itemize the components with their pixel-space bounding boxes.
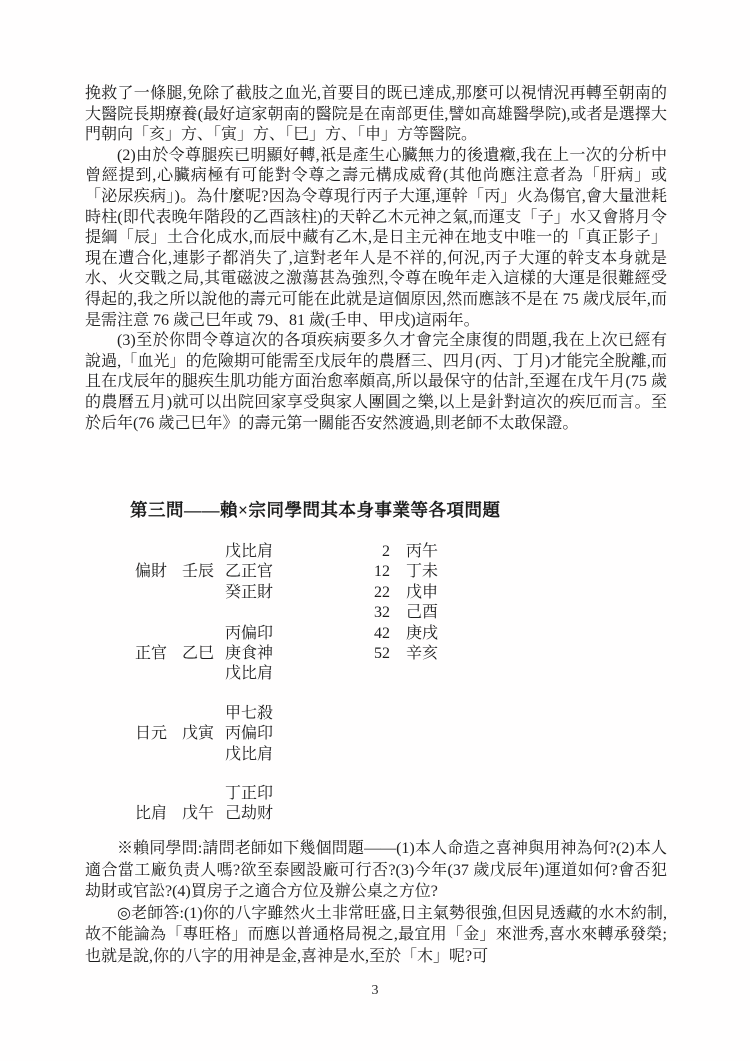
luck-start-age: 52 [307, 644, 390, 664]
ten-god-label: 日元 [135, 724, 182, 744]
bazi-chart-row: 丁正印 [85, 784, 438, 804]
pillar-ganzhi [182, 664, 225, 684]
hidden-stem-ten-god: 戊比肩 [225, 542, 307, 562]
luck-pillar-ganzhi: 丙午 [406, 542, 438, 562]
pillar-ganzhi [182, 542, 225, 562]
luck-start-age: 32 [307, 603, 390, 623]
luck-start-age: 42 [307, 624, 390, 644]
luck-start-age [307, 664, 390, 684]
body-paragraphs: 挽救了一條腿,免除了截肢之血光,首要目的既已達成,那麼可以視情況再轉至朝南的大醫… [85, 84, 667, 434]
section-heading: 第三問——賴×宗同學問其本身事業等各項問題 [130, 497, 500, 522]
ten-god-label [135, 664, 182, 684]
bazi-chart-row: 正官乙巳庚食神52辛亥 [85, 644, 438, 664]
hidden-stem-ten-god: 甲七殺 [225, 704, 307, 724]
luck-start-age: 12 [307, 562, 390, 582]
chart-row-spacer [85, 765, 438, 784]
paragraph: 挽救了一條腿,免除了截肢之血光,首要目的既已達成,那麼可以視情況再轉至朝南的大醫… [85, 84, 667, 146]
hidden-stem-ten-god: 己劫财 [225, 804, 307, 824]
ten-god-label [135, 784, 182, 804]
ten-god-label: 正官 [135, 644, 182, 664]
qa-paragraphs: ※賴同學問:請問老師如下幾個問題——(1)本人命造之喜神與用神為何?(2)本人適… [85, 838, 667, 968]
paragraph: (2)由於令尊腿疾已明顯好轉,祇是產生心臟無力的後遺癥,我在上一次的分析中曾經提… [85, 146, 667, 331]
luck-start-age [307, 784, 390, 804]
ten-god-label [135, 603, 182, 623]
pillar-ganzhi [182, 745, 225, 765]
hidden-stem-ten-god: 戊比肩 [225, 745, 307, 765]
bazi-chart-row: 偏財壬辰乙正官12丁未 [85, 562, 438, 582]
ten-god-label [135, 745, 182, 765]
document-page: 挽救了一條腿,免除了截肢之血光,首要目的既已達成,那麼可以視情況再轉至朝南的大醫… [0, 0, 750, 1061]
luck-start-age [307, 704, 390, 724]
ten-god-label [135, 624, 182, 644]
pillar-ganzhi: 戊寅 [182, 724, 225, 744]
ten-god-label: 偏財 [135, 562, 182, 582]
luck-start-age [307, 745, 390, 765]
bazi-chart-row: 戊比肩2丙午 [85, 542, 438, 562]
hidden-stem-ten-god [225, 603, 307, 623]
hidden-stem-ten-god: 丙偏印 [225, 624, 307, 644]
paragraph: (3)至於你問令尊這次的各項疾病要多久才會完全康復的問題,我在上次已經有說過,「… [85, 331, 667, 434]
ten-god-label [135, 583, 182, 603]
bazi-chart-row: 戊比肩 [85, 664, 438, 684]
pillar-ganzhi: 壬辰 [182, 562, 225, 582]
bazi-chart-row: 丙偏印42庚戌 [85, 624, 438, 644]
bazi-chart: 戊比肩2丙午偏財壬辰乙正官12丁未癸正財22戊申32己酉丙偏印42庚戌正官乙巳庚… [85, 542, 438, 825]
luck-start-age [307, 724, 390, 744]
qa-paragraph: ※賴同學問:請問老師如下幾個問題——(1)本人命造之喜神與用神為何?(2)本人適… [85, 838, 667, 903]
pillar-ganzhi [182, 704, 225, 724]
page-number: 3 [0, 983, 750, 999]
pillar-ganzhi [182, 583, 225, 603]
hidden-stem-ten-god: 癸正財 [225, 583, 307, 603]
luck-start-age: 22 [307, 583, 390, 603]
luck-start-age [307, 804, 390, 824]
ten-god-label [135, 704, 182, 724]
bazi-chart-row: 甲七殺 [85, 704, 438, 724]
hidden-stem-ten-god: 丁正印 [225, 784, 307, 804]
bazi-chart-row: 比肩戊午己劫财 [85, 804, 438, 824]
ten-god-label: 比肩 [135, 804, 182, 824]
bazi-chart-row: 32己酉 [85, 603, 438, 623]
hidden-stem-ten-god: 庚食神 [225, 644, 307, 664]
bazi-chart-row: 癸正財22戊申 [85, 583, 438, 603]
pillar-ganzhi [182, 784, 225, 804]
luck-start-age: 2 [307, 542, 390, 562]
pillar-ganzhi: 乙巳 [182, 644, 225, 664]
luck-pillar-ganzhi: 庚戌 [406, 624, 438, 644]
luck-pillar-ganzhi: 戊申 [406, 583, 438, 603]
pillar-ganzhi [182, 603, 225, 623]
hidden-stem-ten-god: 乙正官 [225, 562, 307, 582]
bazi-chart-row: 日元戊寅丙偏印 [85, 724, 438, 744]
qa-paragraph: ◎老師答:(1)你的八字雖然火土非常旺盛,日主氣勢很強,但因見透藏的水木約制,故… [85, 903, 667, 968]
bazi-chart-row: 戊比肩 [85, 745, 438, 765]
chart-row-spacer [85, 685, 438, 704]
hidden-stem-ten-god: 戊比肩 [225, 664, 307, 684]
luck-pillar-ganzhi: 丁未 [406, 562, 438, 582]
luck-pillar-ganzhi: 己酉 [406, 603, 438, 623]
pillar-ganzhi: 戊午 [182, 804, 225, 824]
pillar-ganzhi [182, 624, 225, 644]
hidden-stem-ten-god: 丙偏印 [225, 724, 307, 744]
luck-pillar-ganzhi: 辛亥 [406, 644, 438, 664]
ten-god-label [135, 542, 182, 562]
